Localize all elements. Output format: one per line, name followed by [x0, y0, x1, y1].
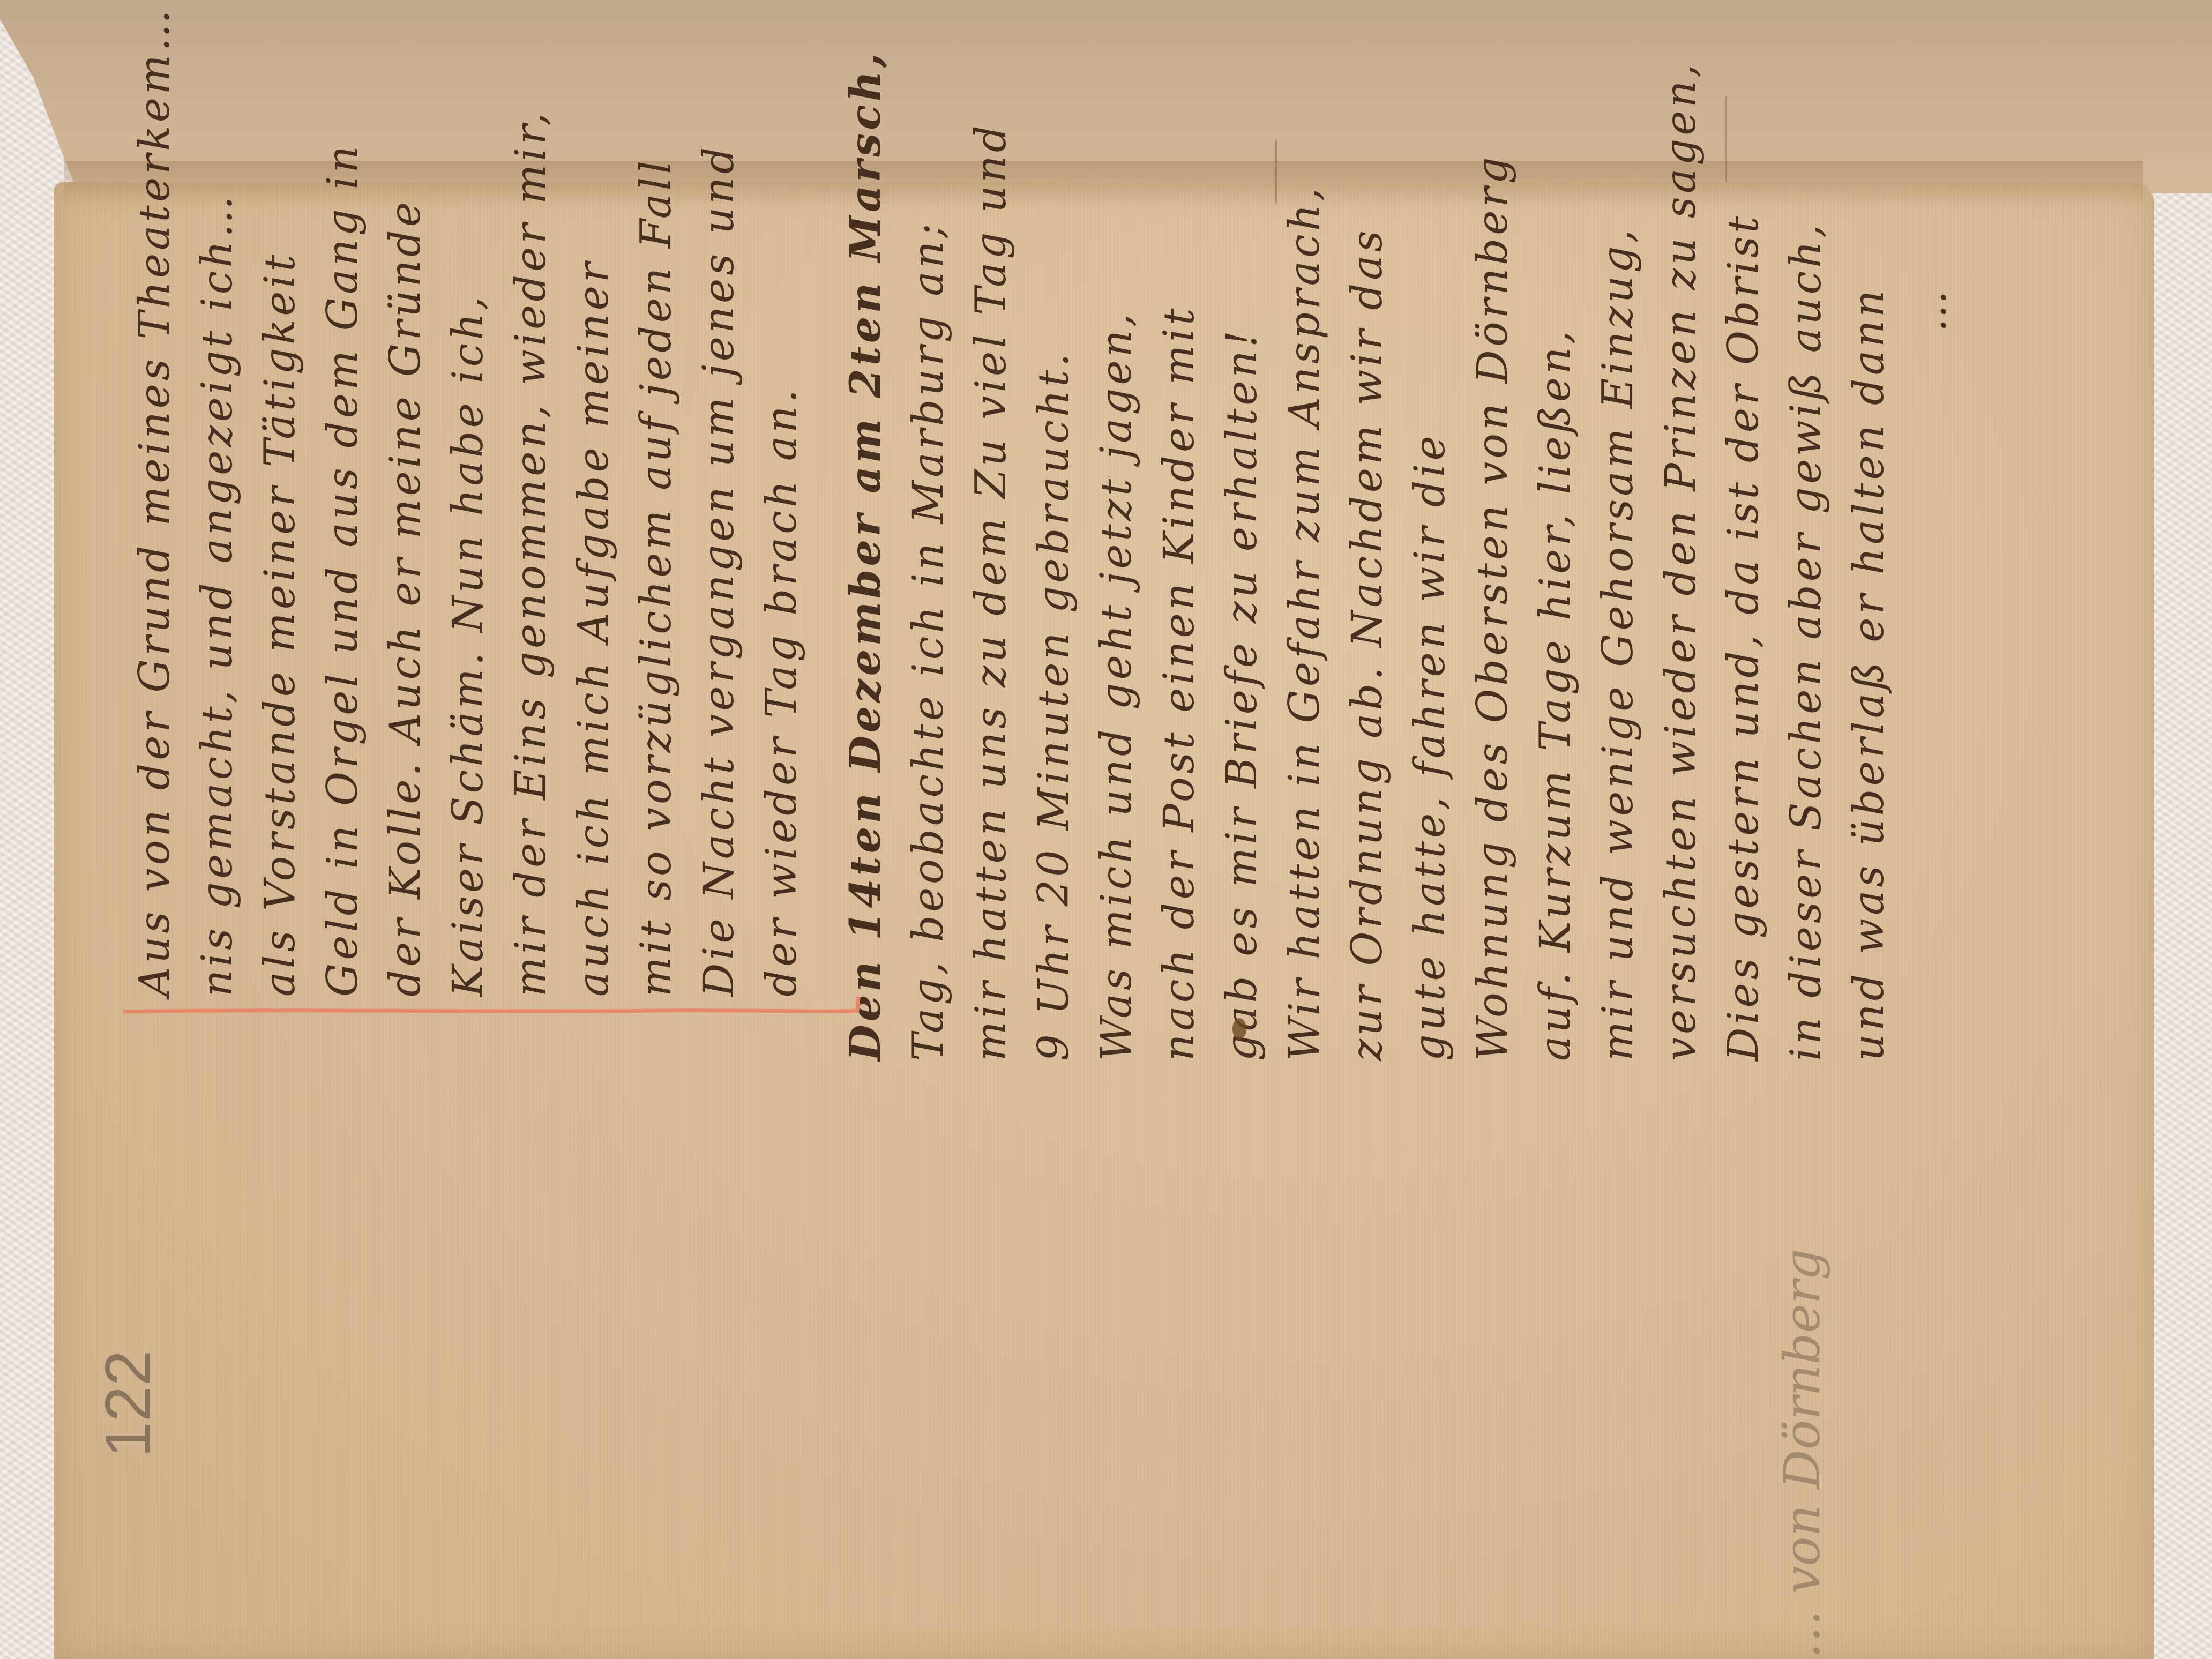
red-pencil-marker [123, 997, 863, 1029]
manuscript-line: auch ich mich Aufgabe meiner [573, 259, 615, 997]
ink-stain [1232, 1018, 1246, 1040]
manuscript-line: … [1911, 287, 1953, 332]
manuscript-line: nis gemacht, und angezeigt ich… [197, 192, 238, 997]
manuscript-line: auf. Kurzum Tage hier, ließen, [1535, 327, 1576, 1061]
manuscript-line: Tag, beobachte ich in Marburg an; [908, 221, 950, 1061]
page-number: 122 [91, 1350, 165, 1458]
manuscript-line: Die Nacht vergangen um jenes und [698, 144, 740, 997]
paper-crease [1725, 96, 1727, 182]
pencil-annotation: … von Dörnberg [1774, 1249, 1831, 1659]
manuscript-line: mir der Eins genommen, wieder mir, [510, 109, 552, 997]
manuscript-line: gab es mir Briefe zu erhalten! [1221, 327, 1263, 1061]
manuscript-line: Aus von der Grund meines Theaterkem… [134, 6, 176, 997]
manuscript-line: Was mich und geht jetzt jagen, [1096, 310, 1138, 1061]
manuscript-line: als Vorstande meiner Tätigkeit [259, 251, 301, 997]
manuscript-line: gute hatte, fahren wir die [1409, 432, 1451, 1061]
paper-crease [1275, 139, 1277, 204]
manuscript-line: Den 14ten Dezember am 2ten Marsch, [845, 50, 887, 1061]
manuscript-line: versuchten wieder den Prinzen zu sagen, [1660, 61, 1702, 1061]
manuscript-line: Wir hatten in Gefahr zum Ansprach, [1284, 184, 1326, 1061]
manuscript-line: in dieser Sachen aber gewiß auch, [1785, 221, 1827, 1061]
manuscript-line: der wieder Tag brach an. [761, 386, 803, 997]
manuscript-line: der Kolle. Auch er meine Gründe [385, 199, 427, 997]
manuscript-line: Kaiser Schäm. Nun habe ich, [447, 294, 489, 997]
manuscript-line: mir hatten uns zu dem Zu viel Tag und [970, 122, 1012, 1061]
manuscript-line: mit so vorzüglichem auf jeden Fall [636, 158, 677, 997]
manuscript-line: mir und wenige Gehorsam Einzug, [1597, 226, 1639, 1061]
manuscript-line: zur Ordnung ab. Nachdem wir das [1347, 227, 1388, 1061]
manuscript-line: und was überlaß er halten dann [1848, 287, 1890, 1061]
manuscript-line: Dies gestern und, da ist der Obrist [1723, 213, 1765, 1061]
manuscript-line: nach der Post einen Kinder mit [1159, 305, 1200, 1061]
manuscript-line: 9 Uhr 20 Minuten gebraucht. [1033, 350, 1075, 1061]
manuscript-line: Wohnung des Obersten von Dörnberg [1472, 154, 1514, 1061]
manuscript-line: Geld in Orgel und aus dem Gang in [322, 143, 364, 997]
fold-shadow [64, 161, 2143, 209]
